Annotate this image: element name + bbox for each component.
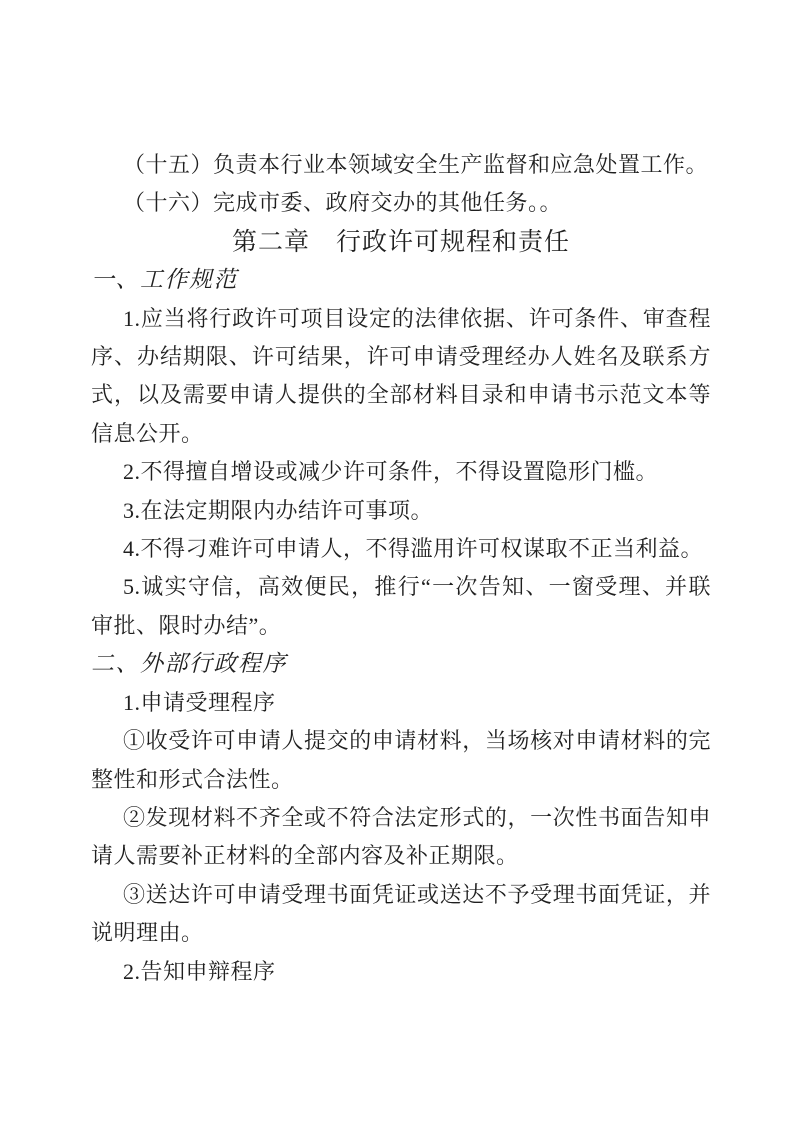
paragraph-procedure-1: 1.申请受理程序 — [91, 684, 711, 722]
document-content: （十五）负责本行业本领域安全生产监督和应急处置工作。 （十六）完成市委、政府交办… — [91, 146, 711, 991]
section-heading-external-procedure: 二、外部行政程序 — [91, 645, 711, 683]
paragraph-item-15: （十五）负责本行业本领域安全生产监督和应急处置工作。 — [91, 146, 711, 184]
paragraph-rule-4: 4.不得刁难许可申请人，不得滥用许可权谋取不正当利益。 — [91, 530, 711, 568]
section-heading-work-standards: 一、工作规范 — [91, 261, 711, 299]
document-page: （十五）负责本行业本领域安全生产监督和应急处置工作。 （十六）完成市委、政府交办… — [0, 0, 793, 1122]
paragraph-step-3: ③送达许可申请受理书面凭证或送达不予受理书面凭证，并说明理由。 — [91, 876, 711, 953]
paragraph-step-2: ②发现材料不齐全或不符合法定形式的，一次性书面告知申请人需要补正材料的全部内容及… — [91, 799, 711, 876]
paragraph-rule-2: 2.不得擅自增设或减少许可条件，不得设置隐形门槛。 — [91, 453, 711, 491]
paragraph-step-1: ①收受许可申请人提交的申请材料，当场核对申请材料的完整性和形式合法性。 — [91, 722, 711, 799]
paragraph-rule-3: 3.在法定期限内办结许可事项。 — [91, 492, 711, 530]
paragraph-rule-1: 1.应当将行政许可项目设定的法律依据、许可条件、审查程序、办结期限、许可结果，许… — [91, 300, 711, 454]
paragraph-item-16: （十六）完成市委、政府交办的其他任务。。 — [91, 184, 711, 222]
paragraph-rule-5: 5.诚实守信，高效便民，推行“一次告知、一窗受理、并联审批、限时办结”。 — [91, 568, 711, 645]
chapter-heading: 第二章 行政许可规程和责任 — [91, 223, 711, 261]
paragraph-procedure-2: 2.告知申辩程序 — [91, 953, 711, 991]
